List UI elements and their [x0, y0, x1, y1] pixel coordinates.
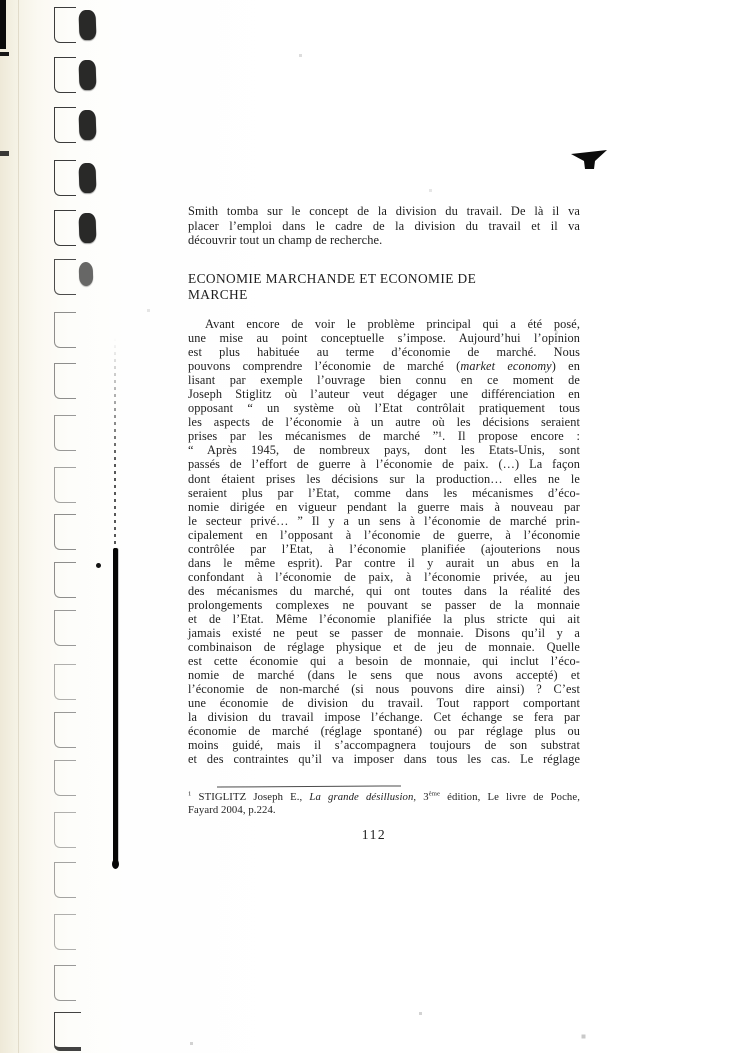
heading-line: ECONOMIE MARCHANDE ET ECONOMIE DE — [188, 271, 580, 287]
binding-ring-mark — [54, 259, 76, 295]
text-line: nomie de marché (dans le sens que nous a… — [188, 668, 580, 682]
text-line: des mécanismes du marché, qui ont toutes… — [188, 584, 580, 598]
scan-artifact-dotted-line — [114, 338, 116, 563]
binding-ring-mark — [54, 610, 76, 646]
binding-ring-mark — [54, 160, 76, 196]
binding-ink-blob — [79, 262, 94, 286]
text-line: une économie de division du travail. Tou… — [188, 696, 580, 710]
paper-speckles — [0, 0, 1, 1]
binding-ring-mark — [54, 7, 76, 43]
binding-ring-mark — [54, 210, 76, 246]
text-line: passés de l’effort de guerre à l’économi… — [188, 457, 580, 471]
text-line: lisant par exemple l’ouvrage bien connu … — [188, 373, 580, 387]
text-line: prises par les mécanismes de marché ”¹. … — [188, 429, 580, 443]
text-line: prolongements complexes ne pouvant se pa… — [188, 598, 580, 612]
text-line: jamais existé ne peut se passer de monna… — [188, 626, 580, 640]
binding-ring-mark — [54, 760, 76, 796]
binding-ink-blob — [78, 213, 96, 244]
text-line: pouvons comprendre l’économie de marché … — [188, 359, 580, 373]
binding-ring-mark — [54, 312, 76, 348]
text-line: est plus habituée au terme d’économie de… — [188, 345, 580, 359]
intro-paragraph: Smith tomba sur le concept de la divisio… — [188, 204, 580, 248]
text-line: l’économie de non-marché (si nous pouvon… — [188, 682, 580, 696]
binding-ring-mark — [54, 812, 76, 848]
text-line: est cette économie qui a besoin de monna… — [188, 654, 580, 668]
text-line: 1 STIGLITZ Joseph E., La grande désillus… — [188, 791, 580, 804]
text-line: et de l’Etat. Même l’économie planifiée … — [188, 612, 580, 626]
binding-ink-blob — [78, 60, 96, 91]
scan-artifact-ink-line — [113, 548, 118, 866]
scan-artifact-dash — [0, 52, 9, 56]
ink-dot — [96, 563, 101, 568]
body-paragraph: Avant encore de voir le problème princip… — [188, 317, 580, 767]
text-line: le secteur privé… ” Il y a un sens à l’é… — [188, 514, 580, 528]
text-line: économie de marché (réglage spontané) ou… — [188, 724, 580, 738]
binding-ring-mark — [54, 514, 76, 550]
binding-ring-mark — [54, 965, 76, 1001]
text-line: Avant encore de voir le problème princip… — [188, 317, 580, 331]
text-line: dans le même esprit). Par contre il y au… — [188, 556, 580, 570]
binding-ring-mark — [54, 1012, 81, 1051]
paper-crease-line — [18, 0, 19, 1053]
text-line: confondant à l’économie de paix, à l’éco… — [188, 570, 580, 584]
footnote-separator-rule — [217, 785, 401, 787]
footnote: 1 STIGLITZ Joseph E., La grande désillus… — [188, 791, 580, 817]
text-line: Smith tomba sur le concept de la divisio… — [188, 204, 580, 219]
binding-ink-blob — [78, 10, 96, 41]
scanned-book-page: Smith tomba sur le concept de la divisio… — [0, 0, 744, 1053]
binding-ring-mark — [54, 107, 76, 143]
text-line: nomie dirigée en vigueur pendant la guer… — [188, 500, 580, 514]
text-line: Joseph Stiglitz où l’auteur veut dégager… — [188, 387, 580, 401]
text-line: moins guidé, mais il s’accompagnera touj… — [188, 738, 580, 752]
binding-ink-blob — [78, 110, 96, 141]
text-line: cipalement en l’opposant à l’économie de… — [188, 528, 580, 542]
binding-ring-mark — [54, 712, 76, 748]
binding-ring-mark — [54, 664, 76, 700]
text-line: “ Après 1945, de nombreux pays, dont les… — [188, 443, 580, 457]
text-line: découvrir tout un champ de recherche. — [188, 233, 580, 248]
binding-ring-mark — [54, 562, 76, 598]
binding-ring-mark — [54, 914, 76, 950]
page-number: 112 — [188, 827, 560, 843]
section-heading: ECONOMIE MARCHANDE ET ECONOMIE DE MARCHE — [188, 271, 580, 303]
binding-ring-mark — [54, 415, 76, 451]
text-line: les aspects de l’économie à un autre où … — [188, 415, 580, 429]
text-line: combinaison de réglage physique et de je… — [188, 640, 580, 654]
scan-artifact-topleft-bar — [0, 0, 6, 49]
text-line: et des contraintes qu’il va imposer dans… — [188, 752, 580, 766]
binding-ring-mark — [54, 862, 76, 898]
text-line: dont étaient prises les décisions sur la… — [188, 472, 580, 486]
scan-artifact-dash — [0, 151, 9, 156]
text-line: la division du travail impose l’échange.… — [188, 710, 580, 724]
text-line: une mise au point conceptuelle s’impose.… — [188, 331, 580, 345]
binding-ring-mark — [54, 57, 76, 93]
binding-ring-mark — [54, 467, 76, 503]
binding-ink-blob — [78, 163, 96, 194]
text-line: Fayard 2004, p.224. — [188, 804, 580, 817]
text-line: contrôlée par l’Etat, à l’économie plani… — [188, 542, 580, 556]
binding-ring-mark — [54, 363, 76, 399]
text-line: placer l’emploi dans le cadre de la divi… — [188, 219, 580, 234]
text-line: opposant “ un système où l’Etat contrôla… — [188, 401, 580, 415]
ink-blot-arrow-mark — [570, 149, 610, 173]
heading-line: MARCHE — [188, 287, 580, 303]
text-line: seraient plus par l’Etat, comme dans les… — [188, 486, 580, 500]
